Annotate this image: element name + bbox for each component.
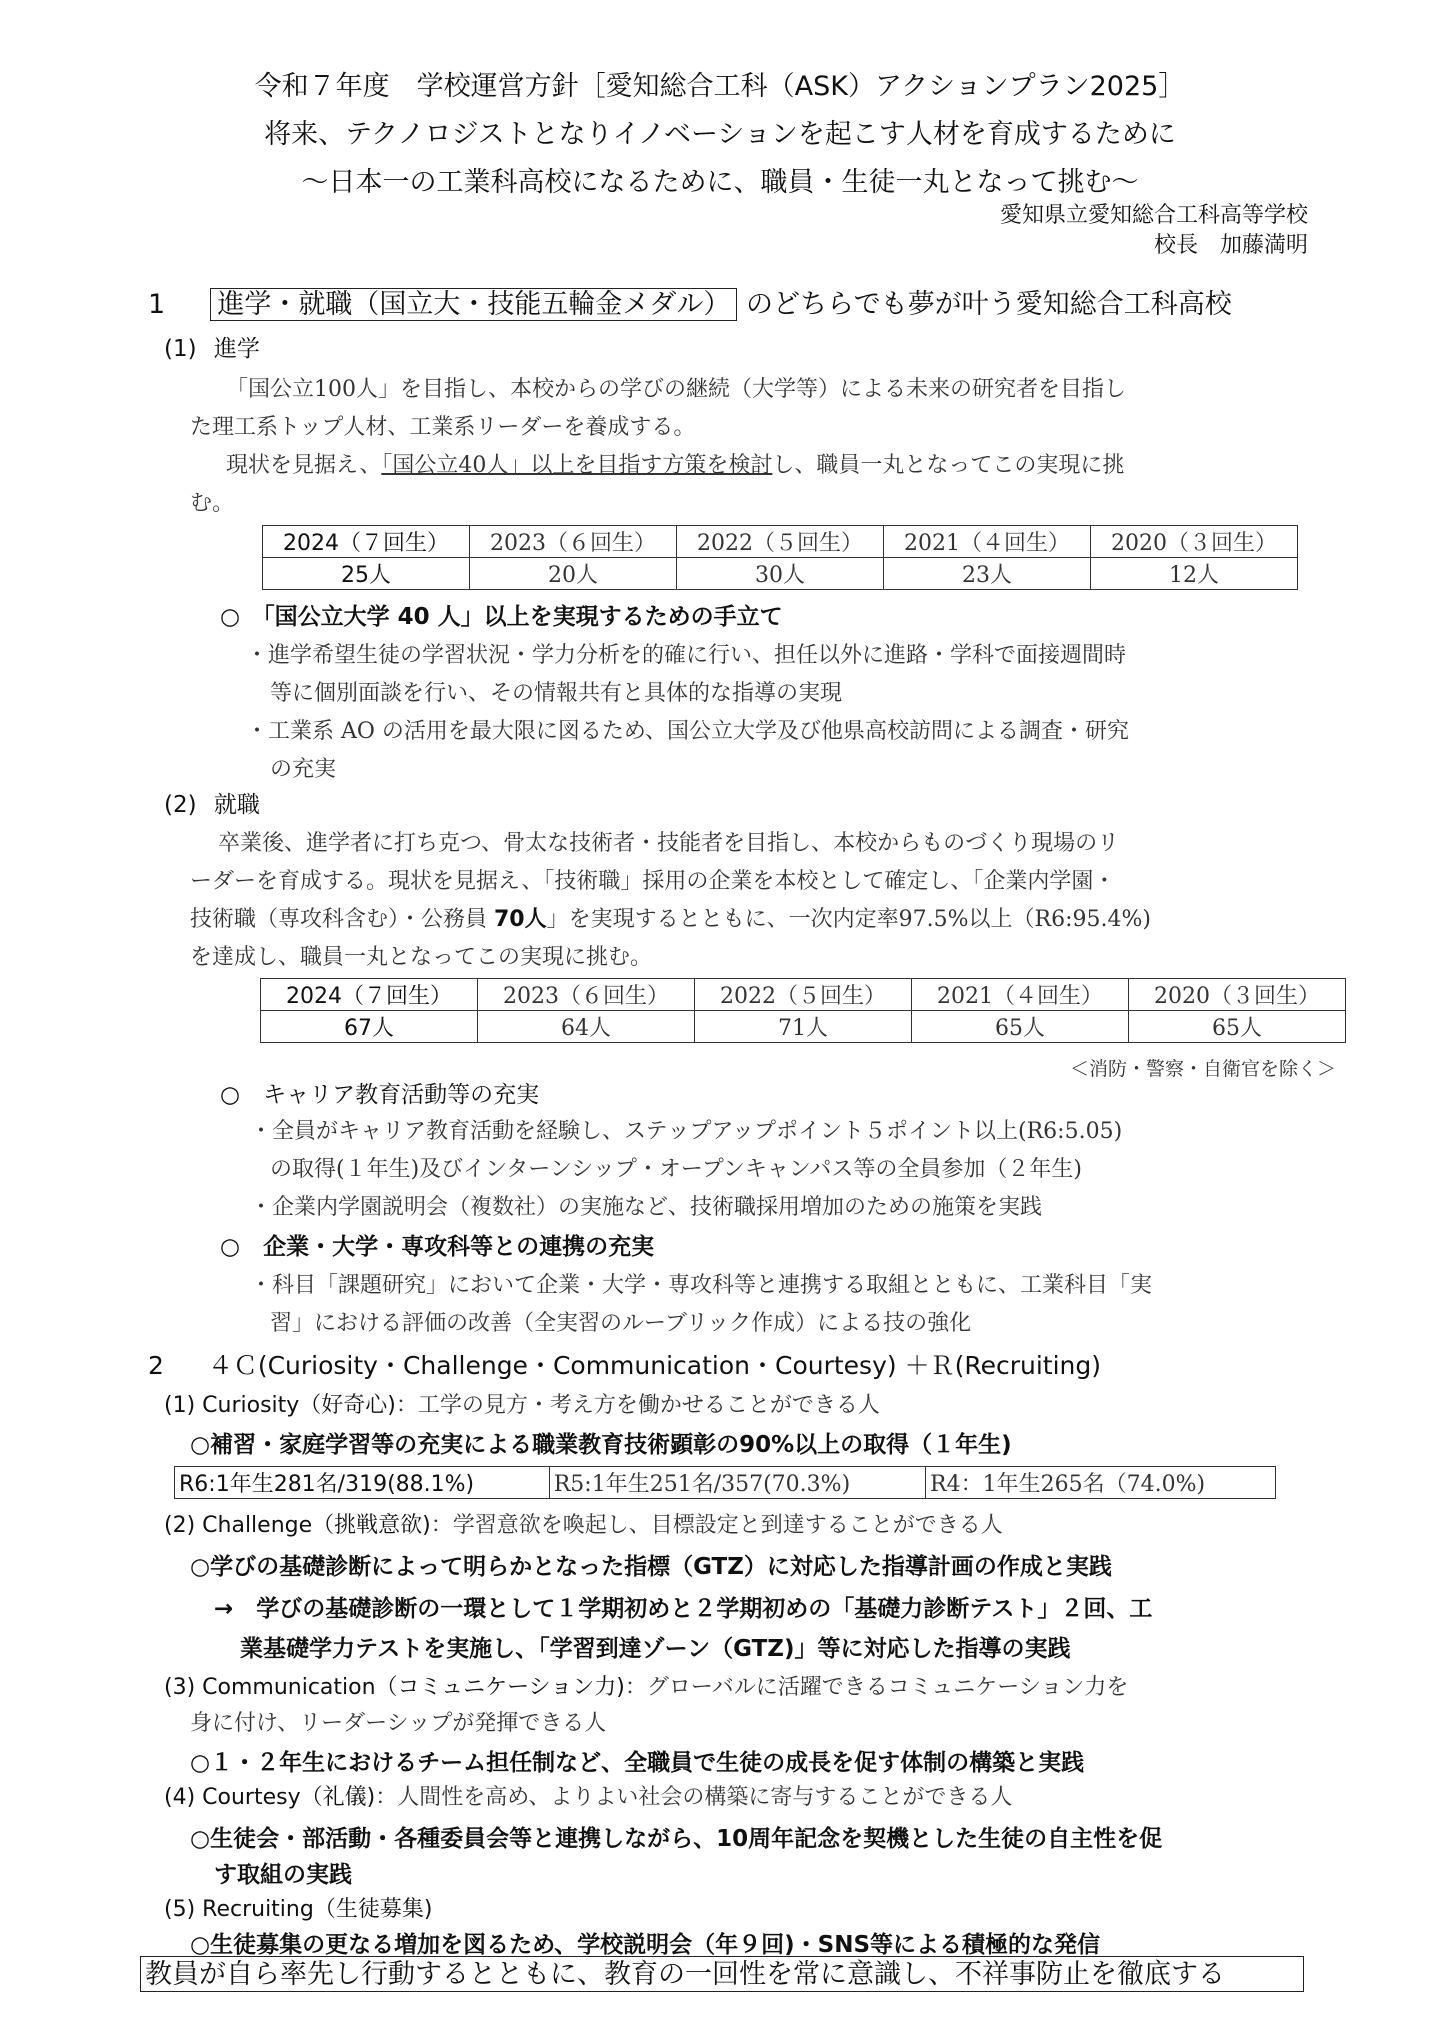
- sub1-bullet2-line1: ・工業系 AO の活用を最大限に図るため、国公立大学及び他県高校訪問による調査・…: [246, 714, 1129, 745]
- document-title: 令和７年度 学校運営方針［愛知総合工科（ASK）アクションプラン2025］: [0, 64, 1440, 103]
- table-row: 67人 64人 71人 65人 65人: [261, 1011, 1346, 1043]
- sub2-para-line1: 卒業後、進学者に打ち克つ、骨太な技術者・技能者を目指し、本校からものづくり現場の…: [218, 826, 1119, 857]
- sub1-para1-line2: た理工系トップ人材、工業系リーダーを養成する。: [190, 410, 695, 441]
- communication-line2: 身に付け、リーダーシップが発揮できる人: [190, 1706, 606, 1737]
- sub1-bullet1-line2: 等に個別面談を行い、その情報共有と具体的な指導の実現: [270, 676, 842, 707]
- sub2-bullet3-line2: 習」における評価の改善（全実習のルーブリック作成）による技の強化: [270, 1306, 971, 1337]
- sub2-heading: (2) 就職: [164, 786, 260, 819]
- section1-title-rest: のどちらでも夢が叶う愛知総合工科高校: [746, 289, 1232, 320]
- sub1-bullet1-line1: ・進学希望生徒の学習状況・学力分析を的確に行い、担任以外に進路・学科で面接週間時: [246, 638, 1126, 669]
- sub2-circle-heading2: ○ 企業・大学・専攻科等との連携の充実: [220, 1228, 654, 1261]
- curiosity-goal: ○補習・家庭学習等の充実による職業教育技術顕彰の90%以上の取得（１年生): [190, 1426, 1012, 1459]
- communication-line: (3) Communication（コミュニケーション力)：グローバルに活躍でき…: [164, 1670, 1128, 1701]
- sub2-circle-heading1: ○ キャリア教育活動等の充実: [220, 1076, 539, 1109]
- curiosity-stats-table: R6:1年生281名/319(88.1%) R5:1年生251名/357(70.…: [174, 1466, 1276, 1499]
- sub2-bullet2-line1: ・企業内学園説明会（複数社）の実施など、技術職採用増加のための施策を実践: [250, 1190, 1042, 1221]
- school-name: 愛知県立愛知総合工科高等学校: [1000, 198, 1308, 229]
- document-slogan: ～日本一の工業科高校になるために、職員・生徒一丸となって挑む～: [0, 160, 1440, 199]
- final-statement-box: 教員が自ら率先し行動するとともに、教育の一回性を常に意識し、不祥事防止を徹底する: [140, 1956, 1304, 1992]
- challenge-arrow-line1: → 学びの基礎診断の一環として１学期初めと２学期初めの「基礎力診断テスト」２回、…: [214, 1590, 1152, 1623]
- table-row: R6:1年生281名/319(88.1%) R5:1年生251名/357(70.…: [175, 1467, 1276, 1499]
- sub2-para-line4: を達成し、職員一丸となってこの実現に挑む。: [190, 940, 652, 971]
- table-row: 25人 20人 30人 23人 12人: [263, 558, 1298, 590]
- section1-number: 1: [148, 289, 165, 320]
- employment-table: 2024（７回生） 2023（６回生） 2022（５回生） 2021（４回生） …: [260, 978, 1346, 1043]
- recruiting-line: (5) Recruiting（生徒募集): [164, 1892, 432, 1923]
- sub2-bullet1-line1: ・全員がキャリア教育活動を経験し、ステップアップポイント５ポイント以上(R6:5…: [250, 1114, 1122, 1145]
- sub2-bullet3-line1: ・科目「課題研究」において企業・大学・専攻科等と連携する取組とともに、工業科目「…: [250, 1268, 1152, 1299]
- courtesy-goal: ○生徒会・部活動・各種委員会等と連携しながら、10周年記念を契機とした生徒の自主…: [190, 1820, 1162, 1853]
- table-note: ＜消防・警察・自衛官を除く＞: [1070, 1054, 1336, 1081]
- sub2-bullet1-line2: の取得(１年生)及びインターンシップ・オープンキャンパス等の全員参加（２年生): [270, 1152, 1082, 1183]
- challenge-arrow-line2: 業基礎学力テストを実施し、「学習到達ゾーン（GTZ)」等に対応した指導の実践: [240, 1630, 1070, 1663]
- document-subtitle: 将来、テクノロジストとなりイノベーションを起こす人材を育成するために: [0, 112, 1440, 151]
- sub1-para2-line1: 現状を見据え、「国公立40人」以上を目指す方策を検討し、職員一丸となってこの実現…: [226, 448, 1124, 479]
- challenge-line: (2) Challenge（挑戦意欲)：学習意欲を喚起し、目標設定と到達すること…: [164, 1508, 1003, 1539]
- university-admissions-table: 2024（７回生） 2023（６回生） 2022（５回生） 2021（４回生） …: [262, 525, 1298, 590]
- courtesy-line: (4) Courtesy（礼儀)：人間性を高め、よりよい社会の構築に寄与すること…: [164, 1780, 1012, 1811]
- sub2-para-line3: 技術職（専攻科含む）・公務員 70人」を実現するとともに、一次内定率97.5%以…: [190, 902, 1151, 933]
- section1-boxed-title: 進学・就職（国立大・技能五輪金メダル）: [210, 288, 737, 321]
- table-header-row: 2024（７回生） 2023（６回生） 2022（５回生） 2021（４回生） …: [261, 979, 1346, 1011]
- recruiting-goal: ○生徒募集の更なる増加を図るため、学校説明会（年９回)・SNS等による積極的な発…: [190, 1926, 1100, 1959]
- sub1-circle-heading: ○ 「国公立大学 40 人」以上を実現するための手立て: [220, 598, 783, 631]
- table-header-row: 2024（７回生） 2023（６回生） 2022（５回生） 2021（４回生） …: [263, 526, 1298, 558]
- courtesy-goal-line2: す取組の実践: [214, 1856, 352, 1889]
- sub1-para1-line1: 「国公立100人」を目指し、本校からの学びの継続（大学等）による未来の研究者を目…: [226, 372, 1126, 403]
- communication-goal: ○１・２年生におけるチーム担任制など、全職員で生徒の成長を促す体制の構築と実践: [190, 1744, 1084, 1777]
- curiosity-line: (1) Curiosity（好奇心)：工学の見方・考え方を働かせることができる人: [164, 1388, 880, 1419]
- underlined-goal: 「国公立40人」以上を目指す方策を検討: [381, 453, 772, 478]
- section2-heading: 2 ４Ｃ(Curiosity・Challenge・Communication・C…: [148, 1346, 1101, 1382]
- sub1-para2-line2: む。: [190, 486, 234, 517]
- sub1-bullet2-line2: の充実: [270, 752, 336, 783]
- sub1-heading: (1) 進学: [164, 330, 260, 363]
- section1-heading: 1 進学・就職（国立大・技能五輪金メダル） のどちらでも夢が叶う愛知総合工科高校: [148, 282, 1232, 321]
- principal-name: 校長 加藤満明: [1154, 228, 1308, 259]
- sub2-para-line2: ーダーを育成する。現状を見据え、「技術職」採用の企業を本校として確定し、「企業内…: [190, 864, 1115, 895]
- challenge-goal: ○学びの基礎診断によって明らかとなった指標（GTZ）に対応した指導計画の作成と実…: [190, 1548, 1112, 1581]
